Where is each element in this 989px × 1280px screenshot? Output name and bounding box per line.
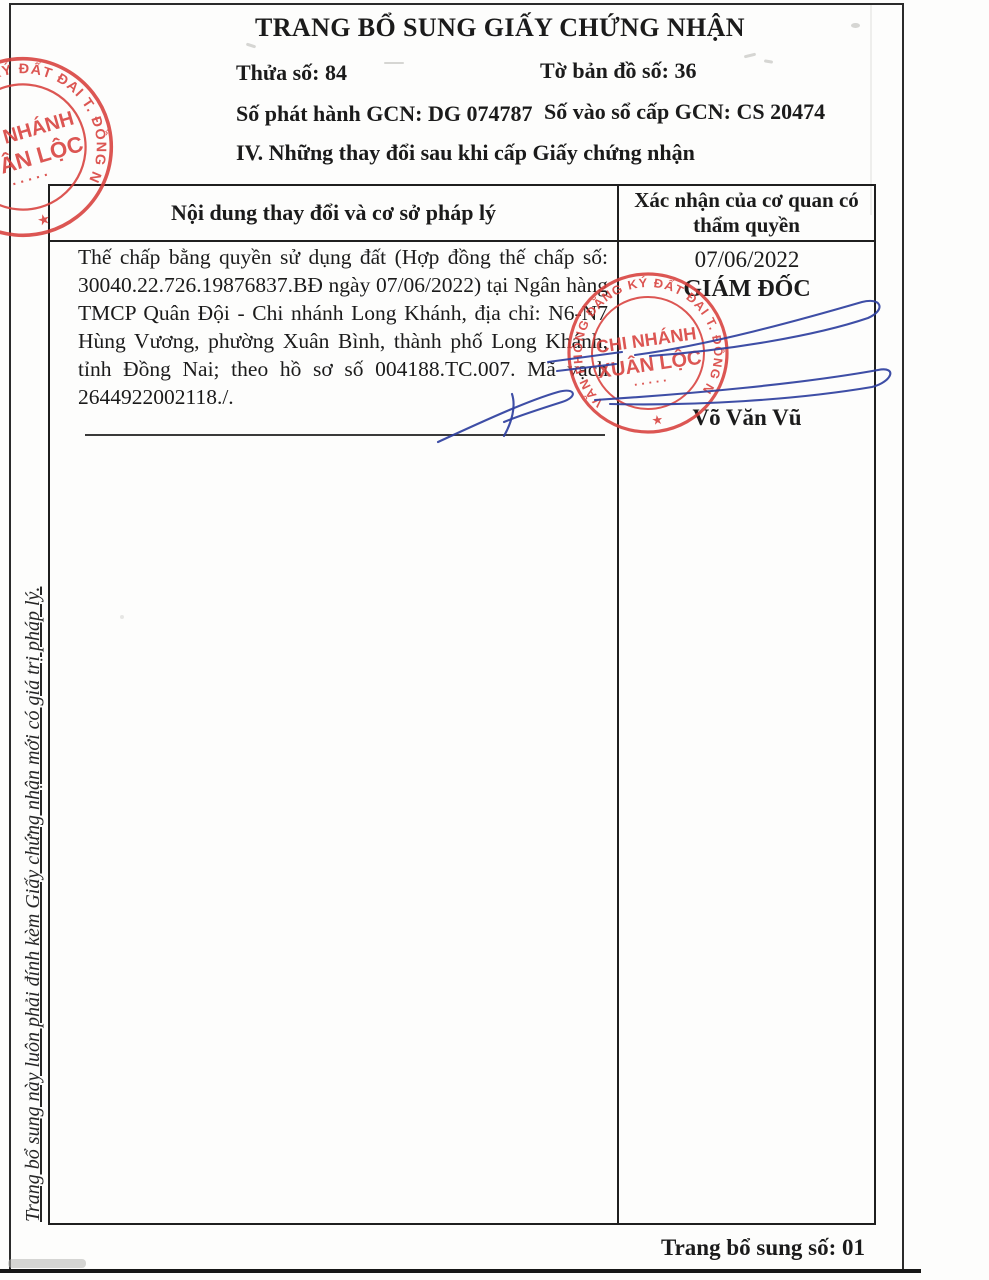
director-signature-ink bbox=[400, 270, 900, 460]
column-header-confirmation: Xác nhận của cơ quan có thẩm quyền bbox=[619, 188, 874, 238]
page-bottom-edge bbox=[0, 1269, 921, 1273]
map-sheet-number: Tờ bản đồ số: 36 bbox=[540, 58, 696, 84]
section-heading: IV. Những thay đổi sau khi cấp Giấy chứn… bbox=[236, 140, 695, 166]
scan-smudge bbox=[8, 1259, 86, 1268]
scan-speck bbox=[120, 615, 124, 619]
footer-page-number: Trang bổ sung số: 01 bbox=[648, 1235, 878, 1261]
issue-number: Số phát hành GCN: DG 074787 bbox=[236, 101, 532, 127]
seal-star-icon: ★ bbox=[36, 211, 53, 230]
side-note-vertical: Trang bổ sung này luôn phải đính kèm Giấ… bbox=[22, 550, 45, 1222]
scanned-certificate-page: TRANG BỔ SUNG GIẤY CHỨNG NHẬN Thửa số: 8… bbox=[0, 0, 989, 1280]
registry-number: Số vào sổ cấp GCN: CS 20474 bbox=[544, 99, 825, 125]
table-header-rule bbox=[50, 240, 874, 242]
parcel-number: Thửa số: 84 bbox=[236, 60, 347, 86]
scan-speck bbox=[384, 62, 404, 64]
signature-stroke bbox=[635, 301, 879, 356]
signature-stroke bbox=[557, 364, 616, 371]
page-title: TRANG BỔ SUNG GIẤY CHỨNG NHẬN bbox=[240, 13, 760, 43]
signature-stroke bbox=[504, 394, 514, 436]
scan-speck bbox=[851, 23, 860, 28]
signature-stroke bbox=[595, 369, 890, 404]
signature-stroke bbox=[548, 352, 622, 362]
